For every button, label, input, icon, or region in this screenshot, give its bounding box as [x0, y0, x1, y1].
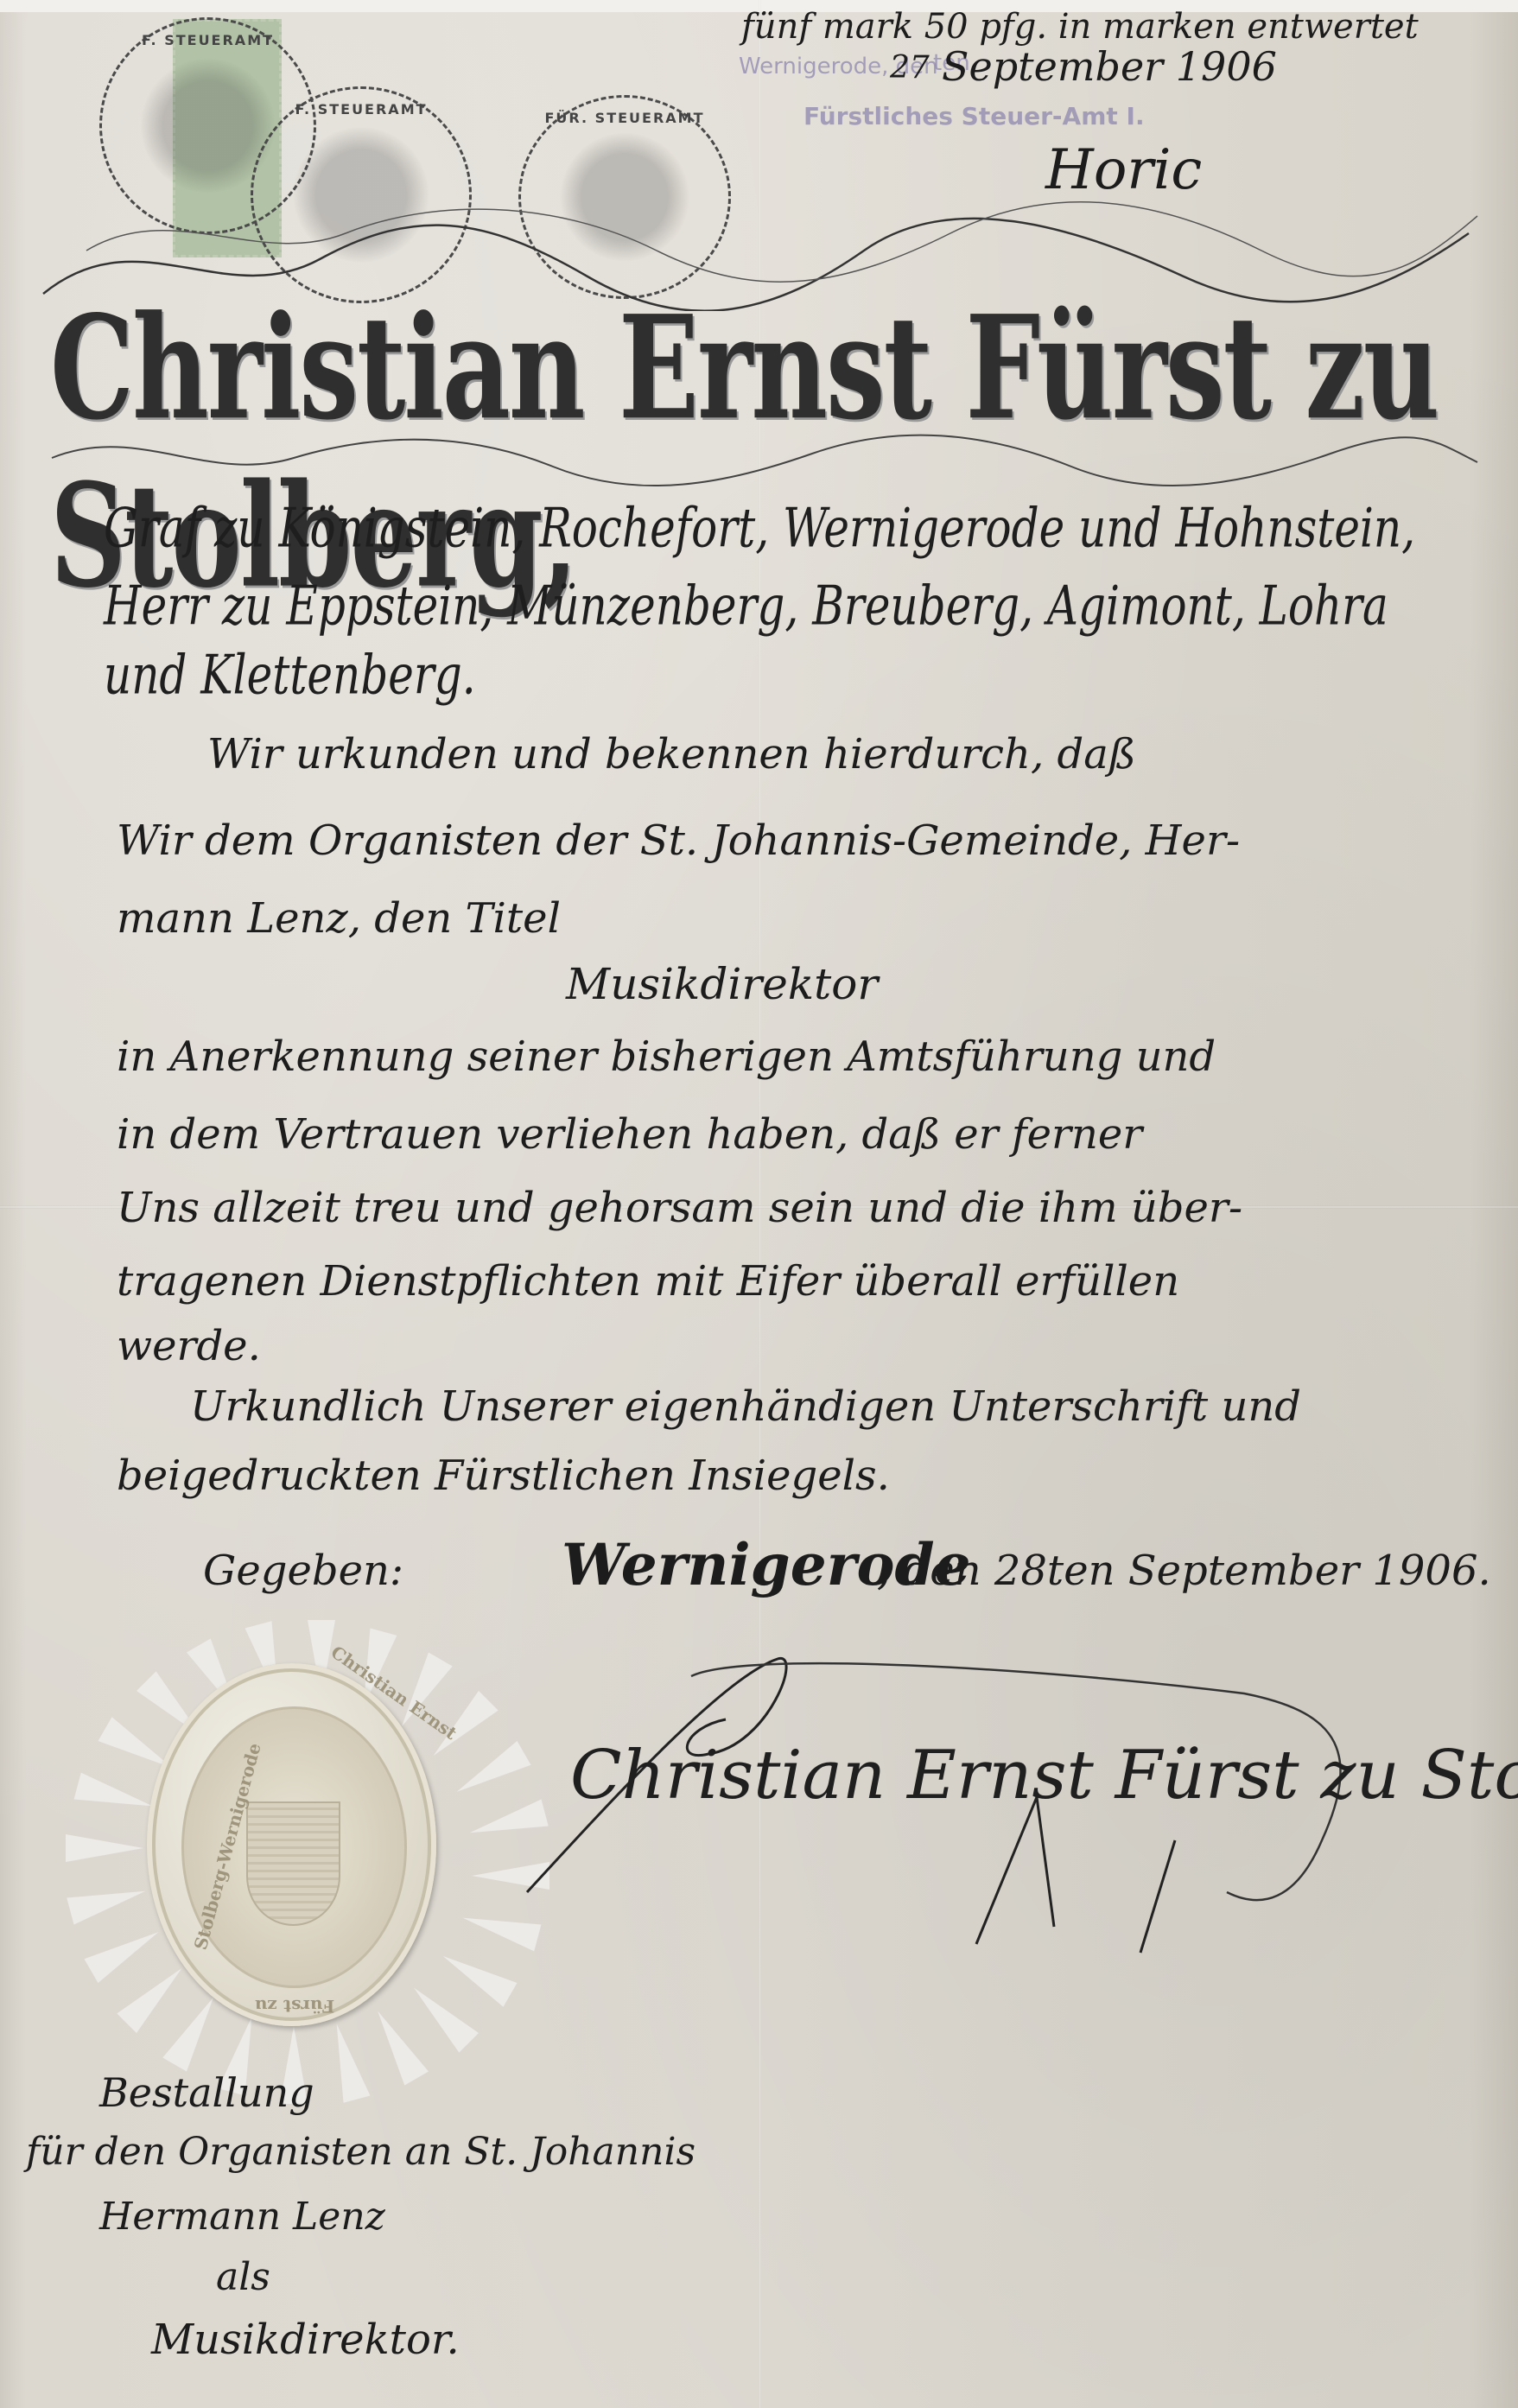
- embossed-seal-icon: Christian Ernst Stolberg-Wernigerode Für…: [35, 1603, 553, 2121]
- stamp-day: 27: [890, 50, 930, 86]
- body-line: Wir urkunden und bekennen hierdurch, daß: [207, 730, 1136, 778]
- date-line-prefix: Gegeben:: [203, 1547, 403, 1595]
- conferred-title: Musikdirektor: [566, 959, 878, 1009]
- footer-line: als: [216, 2255, 270, 2299]
- body-line: beigedruckten Fürstlichen Insiegels.: [117, 1452, 890, 1500]
- body-line: tragenen Dienstpflichten mit Eifer übera…: [117, 1257, 1179, 1306]
- document-page: F. STEUERAMT F. STEUERAMT FÜR. STEUERAMT…: [0, 0, 1518, 2408]
- footer-line: Musikdirektor.: [151, 2316, 460, 2364]
- body-line: werde.: [117, 1322, 261, 1370]
- coat-of-arms-icon: [246, 1801, 340, 1926]
- signature: Christian Ernst Fürst zu Stolberg: [570, 1737, 1518, 1814]
- fee-note: fünf mark 50 pfg. in marken entwertet: [741, 7, 1419, 47]
- body-line: Uns allzeit treu und gehorsam sein und d…: [117, 1184, 1242, 1232]
- date-line-date: , den 28ten September 1906.: [877, 1547, 1491, 1595]
- body-line: in dem Vertrauen verliehen haben, daß er…: [117, 1110, 1142, 1159]
- signature-flourish-icon: [518, 1642, 1512, 2039]
- footer-line: für den Organisten an St. Johannis: [26, 2130, 695, 2174]
- stamp-month-year: September 1906: [942, 43, 1277, 90]
- body-line: Wir dem Organisten der St. Johannis-Geme…: [117, 816, 1240, 865]
- footer-heading: Bestallung: [99, 2069, 314, 2116]
- body-line: Urkundlich Unserer eigenhändigen Untersc…: [190, 1382, 1301, 1431]
- titles-line-3: und Klettenberg.: [104, 644, 476, 707]
- footer-line: Hermann Lenz: [99, 2195, 385, 2239]
- titles-line-2: Herr zu Eppstein, Münzenberg, Breuberg, …: [104, 575, 1388, 638]
- titles-line-1: Graf zu Königstein, Rochefort, Wernigero…: [104, 497, 1415, 560]
- document-title: Christian Ernst Fürst zu Stolberg,: [50, 283, 1476, 619]
- seal-legend-bottom: Fürst zu: [255, 1996, 334, 2017]
- body-line: in Anerkennung seiner bisherigen Amtsfüh…: [117, 1032, 1216, 1081]
- official-initials: Horic: [1045, 138, 1202, 202]
- body-line: mann Lenz, den Titel: [117, 894, 561, 943]
- stamp-office-label: Fürstliches Steuer-Amt I.: [803, 102, 1145, 130]
